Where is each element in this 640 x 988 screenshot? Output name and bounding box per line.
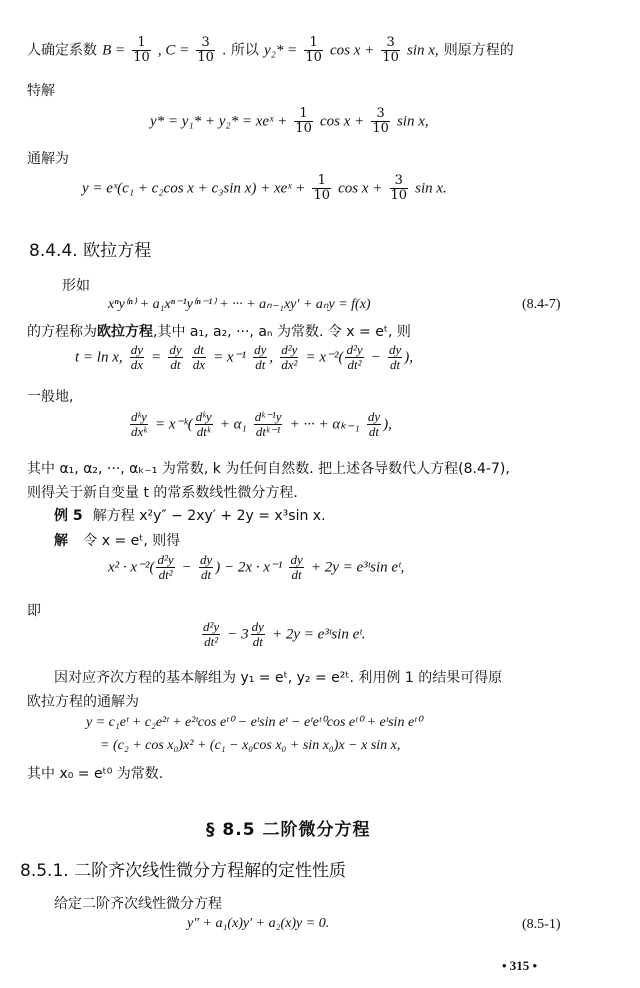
- equation-particular-solution: y* = y₁* + y₂* = xeˣ + 110 cos x + 310 s…: [150, 107, 429, 135]
- fraction: 110: [294, 107, 313, 135]
- equation-8-5-1: y″ + a₁(x)y′ + a₂(x)y = 0.: [187, 916, 329, 932]
- text: 的方程称为: [27, 324, 97, 340]
- text-paragraph: 因对应齐次方程的基本解组为 y₁ = eᵗ, y₂ = e²ᵗ. 利用例 1 的…: [54, 667, 502, 687]
- fraction: 310: [196, 36, 215, 64]
- text-general-intro: 一般地,: [27, 386, 73, 406]
- fraction: dydt: [168, 343, 182, 371]
- fraction: 310: [381, 36, 400, 64]
- fraction: dᵏydtᵏ: [195, 410, 213, 438]
- text: 解方程 x²y″ − 2xy′ + 2y = x³sin x.: [93, 508, 326, 524]
- fraction: d²ydt²: [202, 620, 220, 648]
- math: y₂* =: [264, 43, 297, 59]
- fraction: dydt: [367, 410, 381, 438]
- math: sin x.: [415, 181, 447, 197]
- text: 人确定系数: [27, 43, 97, 59]
- math: ,: [269, 350, 273, 366]
- fraction: dᵏ⁻¹ydtᵏ⁻¹: [254, 410, 283, 438]
- text-line-particular-label: 特解: [27, 80, 55, 100]
- math: −: [371, 350, 381, 366]
- fraction: dtdx: [192, 343, 206, 371]
- equation-solution-line1: y = c₁eᵗ + c₂e²ᵗ + e²ᵗcos eᵗ⁰ − eᵗsin eᵗ…: [86, 714, 422, 731]
- math: + α₁: [220, 417, 247, 433]
- equation-solution-line2: = (c₂ + cos x₀)x² + (c₁ − x₀cos x₀ + sin…: [100, 738, 400, 754]
- text: 则原方程的: [444, 43, 514, 59]
- math: t = ln x,: [75, 350, 123, 366]
- subsection-heading-euler: 8.4.4. 欧拉方程: [29, 236, 151, 261]
- solution-label: 解: [54, 533, 68, 549]
- section-heading-8-5: § 8.5 二阶微分方程: [206, 815, 370, 840]
- example-5-solution-start: 解 令 x = eᵗ, 则得: [54, 530, 180, 550]
- math: ) − 2x · x⁻¹: [215, 560, 282, 576]
- subsection-heading-8-5-1: 8.5.1. 二阶齐次线性微分方程解的定性性质: [20, 856, 346, 881]
- fraction: 110: [312, 174, 331, 202]
- math: y* = y₁* + y₂* = xeˣ +: [150, 114, 287, 130]
- math: sin x,: [407, 43, 439, 59]
- text: ,其中 a₁, a₂, ···, aₙ 为常数. 令 x = eᵗ, 则: [153, 324, 411, 340]
- math: x² · x⁻²(: [108, 560, 154, 576]
- equation-substitution: t = ln x, dydx = dydt dtdx = x⁻¹ dydt, d…: [75, 343, 413, 371]
- equation-number: (8.5-1): [522, 917, 561, 933]
- fraction: dydt: [253, 343, 267, 371]
- example-5-problem: 例 5 解方程 x²y″ − 2xy′ + 2y = x³sin x.: [54, 505, 326, 525]
- equation-general-derivative: dᵏydxᵏ = x⁻ᵏ(dᵏydtᵏ + α₁ dᵏ⁻¹ydtᵏ⁻¹ + ··…: [128, 410, 392, 438]
- text-ji: 即: [27, 600, 41, 620]
- equation-example5-step2: d²ydt² − 3dydt + 2y = e³ᵗsin eᵗ.: [200, 620, 366, 648]
- fraction: dᵏydxᵏ: [130, 410, 148, 438]
- math: =: [151, 350, 161, 366]
- math: ),: [404, 350, 413, 366]
- example-label: 例 5: [54, 508, 83, 524]
- fraction: d²ydt²: [156, 553, 174, 581]
- equation-number: (8.4-7): [522, 297, 561, 313]
- math: cos x +: [330, 43, 374, 59]
- math: = x⁻¹: [213, 350, 246, 366]
- text-line-coefficients: 人确定系数 B = 110 , C = 310 . 所以 y₂* = 110 c…: [27, 36, 514, 64]
- fraction: 310: [390, 174, 409, 202]
- text-paragraph: 则得关于新自变量 t 的常系数线性微分方程.: [27, 482, 298, 502]
- fraction: 310: [371, 107, 390, 135]
- math: ),: [383, 417, 392, 433]
- math: − 3: [227, 627, 248, 643]
- fraction: d²ydt²: [345, 343, 363, 371]
- math: , C =: [158, 43, 189, 59]
- math: B =: [102, 43, 125, 59]
- text-intro: 形如: [62, 275, 90, 295]
- math: −: [182, 560, 192, 576]
- fraction: dydt: [388, 343, 402, 371]
- term-bold: 欧拉方程: [97, 324, 153, 340]
- text-paragraph: 欧拉方程的通解为: [27, 691, 139, 711]
- equation-general-solution: y = eˣ(c₁ + c₂cos x + c₃sin x) + xeˣ + 1…: [82, 174, 447, 202]
- math: + ··· + αₖ₋₁: [290, 417, 360, 433]
- text-paragraph: 其中 α₁, α₂, ···, αₖ₋₁ 为常数, k 为任何自然数. 把上述各…: [27, 458, 510, 478]
- math: + 2y = e³ᵗsin eᵗ,: [311, 560, 405, 576]
- equation-euler: xⁿy⁽ⁿ⁾ + a₁xⁿ⁻¹y⁽ⁿ⁻¹⁾ + ··· + aₙ₋₁xy′ + …: [108, 296, 371, 313]
- fraction: dydx: [130, 343, 144, 371]
- math: cos x +: [338, 181, 382, 197]
- fraction: dydt: [289, 553, 303, 581]
- page-number: • 315 •: [502, 958, 537, 974]
- fraction: dydt: [199, 553, 213, 581]
- text-euler-definition: 的方程称为欧拉方程,其中 a₁, a₂, ···, aₙ 为常数. 令 x = …: [27, 321, 411, 341]
- fraction: dydt: [251, 620, 265, 648]
- text-closing: 其中 x₀ = eᵗ⁰ 为常数.: [27, 763, 163, 783]
- equation-example5-step1: x² · x⁻²(d²ydt² − dydt) − 2x · x⁻¹ dydt …: [108, 553, 404, 581]
- math: = x⁻²(: [306, 350, 344, 366]
- fraction: 110: [304, 36, 323, 64]
- math: sin x,: [397, 114, 429, 130]
- fraction: 110: [132, 36, 151, 64]
- text: . 所以: [222, 43, 259, 59]
- text: 令 x = eᵗ, 则得: [83, 533, 180, 549]
- math: = x⁻ᵏ(: [155, 417, 193, 433]
- fraction: d²ydx²: [280, 343, 298, 371]
- math: cos x +: [320, 114, 364, 130]
- math: y = eˣ(c₁ + c₂cos x + c₃sin x) + xeˣ +: [82, 181, 305, 197]
- math: + 2y = e³ᵗsin eᵗ.: [272, 627, 366, 643]
- text-intro: 给定二阶齐次线性微分方程: [54, 893, 222, 913]
- text-line-general-label: 通解为: [27, 148, 69, 168]
